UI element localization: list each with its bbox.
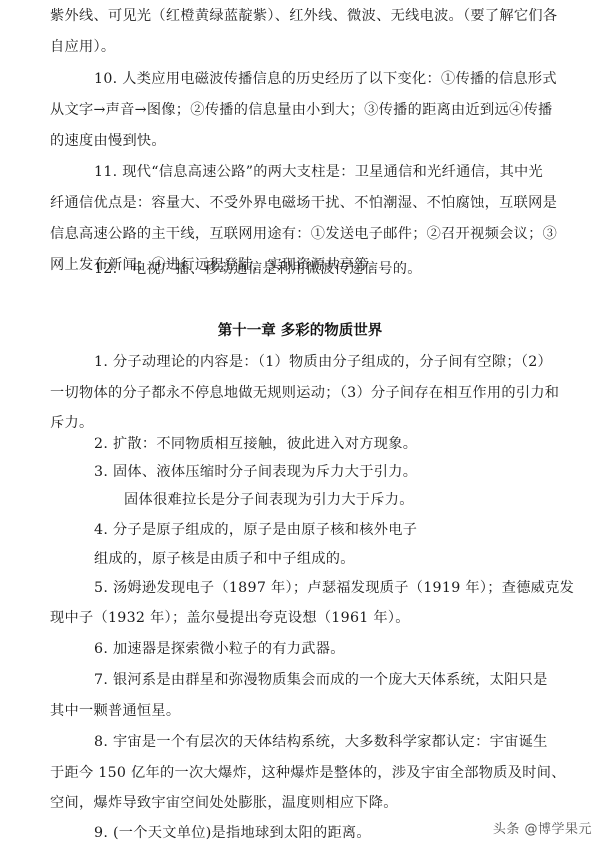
ch11-item-4-line-1: 4. 分子是原子组成的，原子是由原子核和核外电子: [94, 520, 600, 540]
item-11-line-1: 11. 现代“信息高速公路”的两大支柱是：卫星通信和光纤通信，其中光: [94, 162, 600, 182]
watermark: 头条 @博学果元: [493, 818, 592, 837]
ch11-item-8-line-3: 空间，爆炸导致宇宙空间处处膨胀，温度则相应下降。: [50, 793, 560, 813]
item-10-line-3: 的速度由慢到快。: [50, 131, 560, 151]
document-page: 紫外线、可见光（红橙黄绿蓝靛紫）、红外线、微波、无线电波。（要了解它们各 自应用…: [0, 0, 600, 850]
ch11-item-8-line-2: 于距今 150 亿年的一次大爆炸，这种爆炸是整体的，涉及宇宙全部物质及时间、: [50, 763, 560, 783]
item-11-line-3: 信息高速公路的主干线，互联网用途有：①发送电子邮件；②召开视频会议；③: [50, 224, 560, 244]
chapter-title: 第十一章 多彩的物质世界: [0, 321, 600, 341]
ch11-item-2: 2. 扩散：不同物质相互接触，彼此进入对方现象。: [94, 434, 600, 454]
item-10-line-2: 从文字→声音→图像；②传播的信息量由小到大；③传播的距离由近到远④传播: [50, 100, 560, 120]
text-line-wave-types: 紫外线、可见光（红橙黄绿蓝靛紫）、红外线、微波、无线电波。（要了解它们各: [50, 6, 560, 26]
ch11-item-5-line-1: 5. 汤姆逊发现电子（1897 年）；卢瑟福发现质子（1919 年）；查德威克发: [94, 578, 600, 598]
item-12-visible: 12. 电视广播、移动通信是利用微波传递信号的。: [94, 259, 600, 279]
ch11-item-7-line-2: 其中一颗普通恒星。: [50, 701, 560, 721]
ch11-item-1-line-1: 1. 分子动理论的内容是：（1）物质由分子组成的，分子间有空隙；（2）: [94, 352, 600, 372]
item-10-line-1: 10. 人类应用电磁波传播信息的历史经历了以下变化：①传播的信息形式: [94, 69, 600, 89]
ch11-item-5-line-2: 现中子（1932 年）；盖尔曼提出夸克设想（1961 年）。: [50, 608, 560, 628]
ch11-item-6: 6. 加速器是探索微小粒子的有力武器。: [94, 639, 600, 659]
ch11-item-1-line-3: 斥力。: [50, 413, 560, 433]
text-line-wave-types-cont: 自应用）。: [50, 37, 560, 57]
item-11-line-2: 纤通信优点是：容量大、不受外界电磁场干扰、不怕潮湿、不怕腐蚀，互联网是: [50, 193, 560, 213]
ch11-item-4-line-2: 组成的，原子核是由质子和中子组成的。: [94, 549, 600, 569]
ch11-item-3: 3. 固体、液体压缩时分子间表现为斥力大于引力。: [94, 462, 600, 482]
ch11-item-1-line-2: 一切物体的分子都永不停息地做无规则运动；（3）分子间存在相互作用的引力和: [50, 383, 560, 403]
ch11-item-3-cont: 固体很难拉长是分子间表现为引力大于斥力。: [124, 490, 600, 510]
ch11-item-8-line-1: 8. 宇宙是一个有层次的天体结构系统，大多数科学家都认定：宇宙诞生: [94, 732, 600, 752]
ch11-item-7-line-1: 7. 银河系是由群星和弥漫物质集会而成的一个庞大天体系统，太阳只是: [94, 670, 600, 690]
